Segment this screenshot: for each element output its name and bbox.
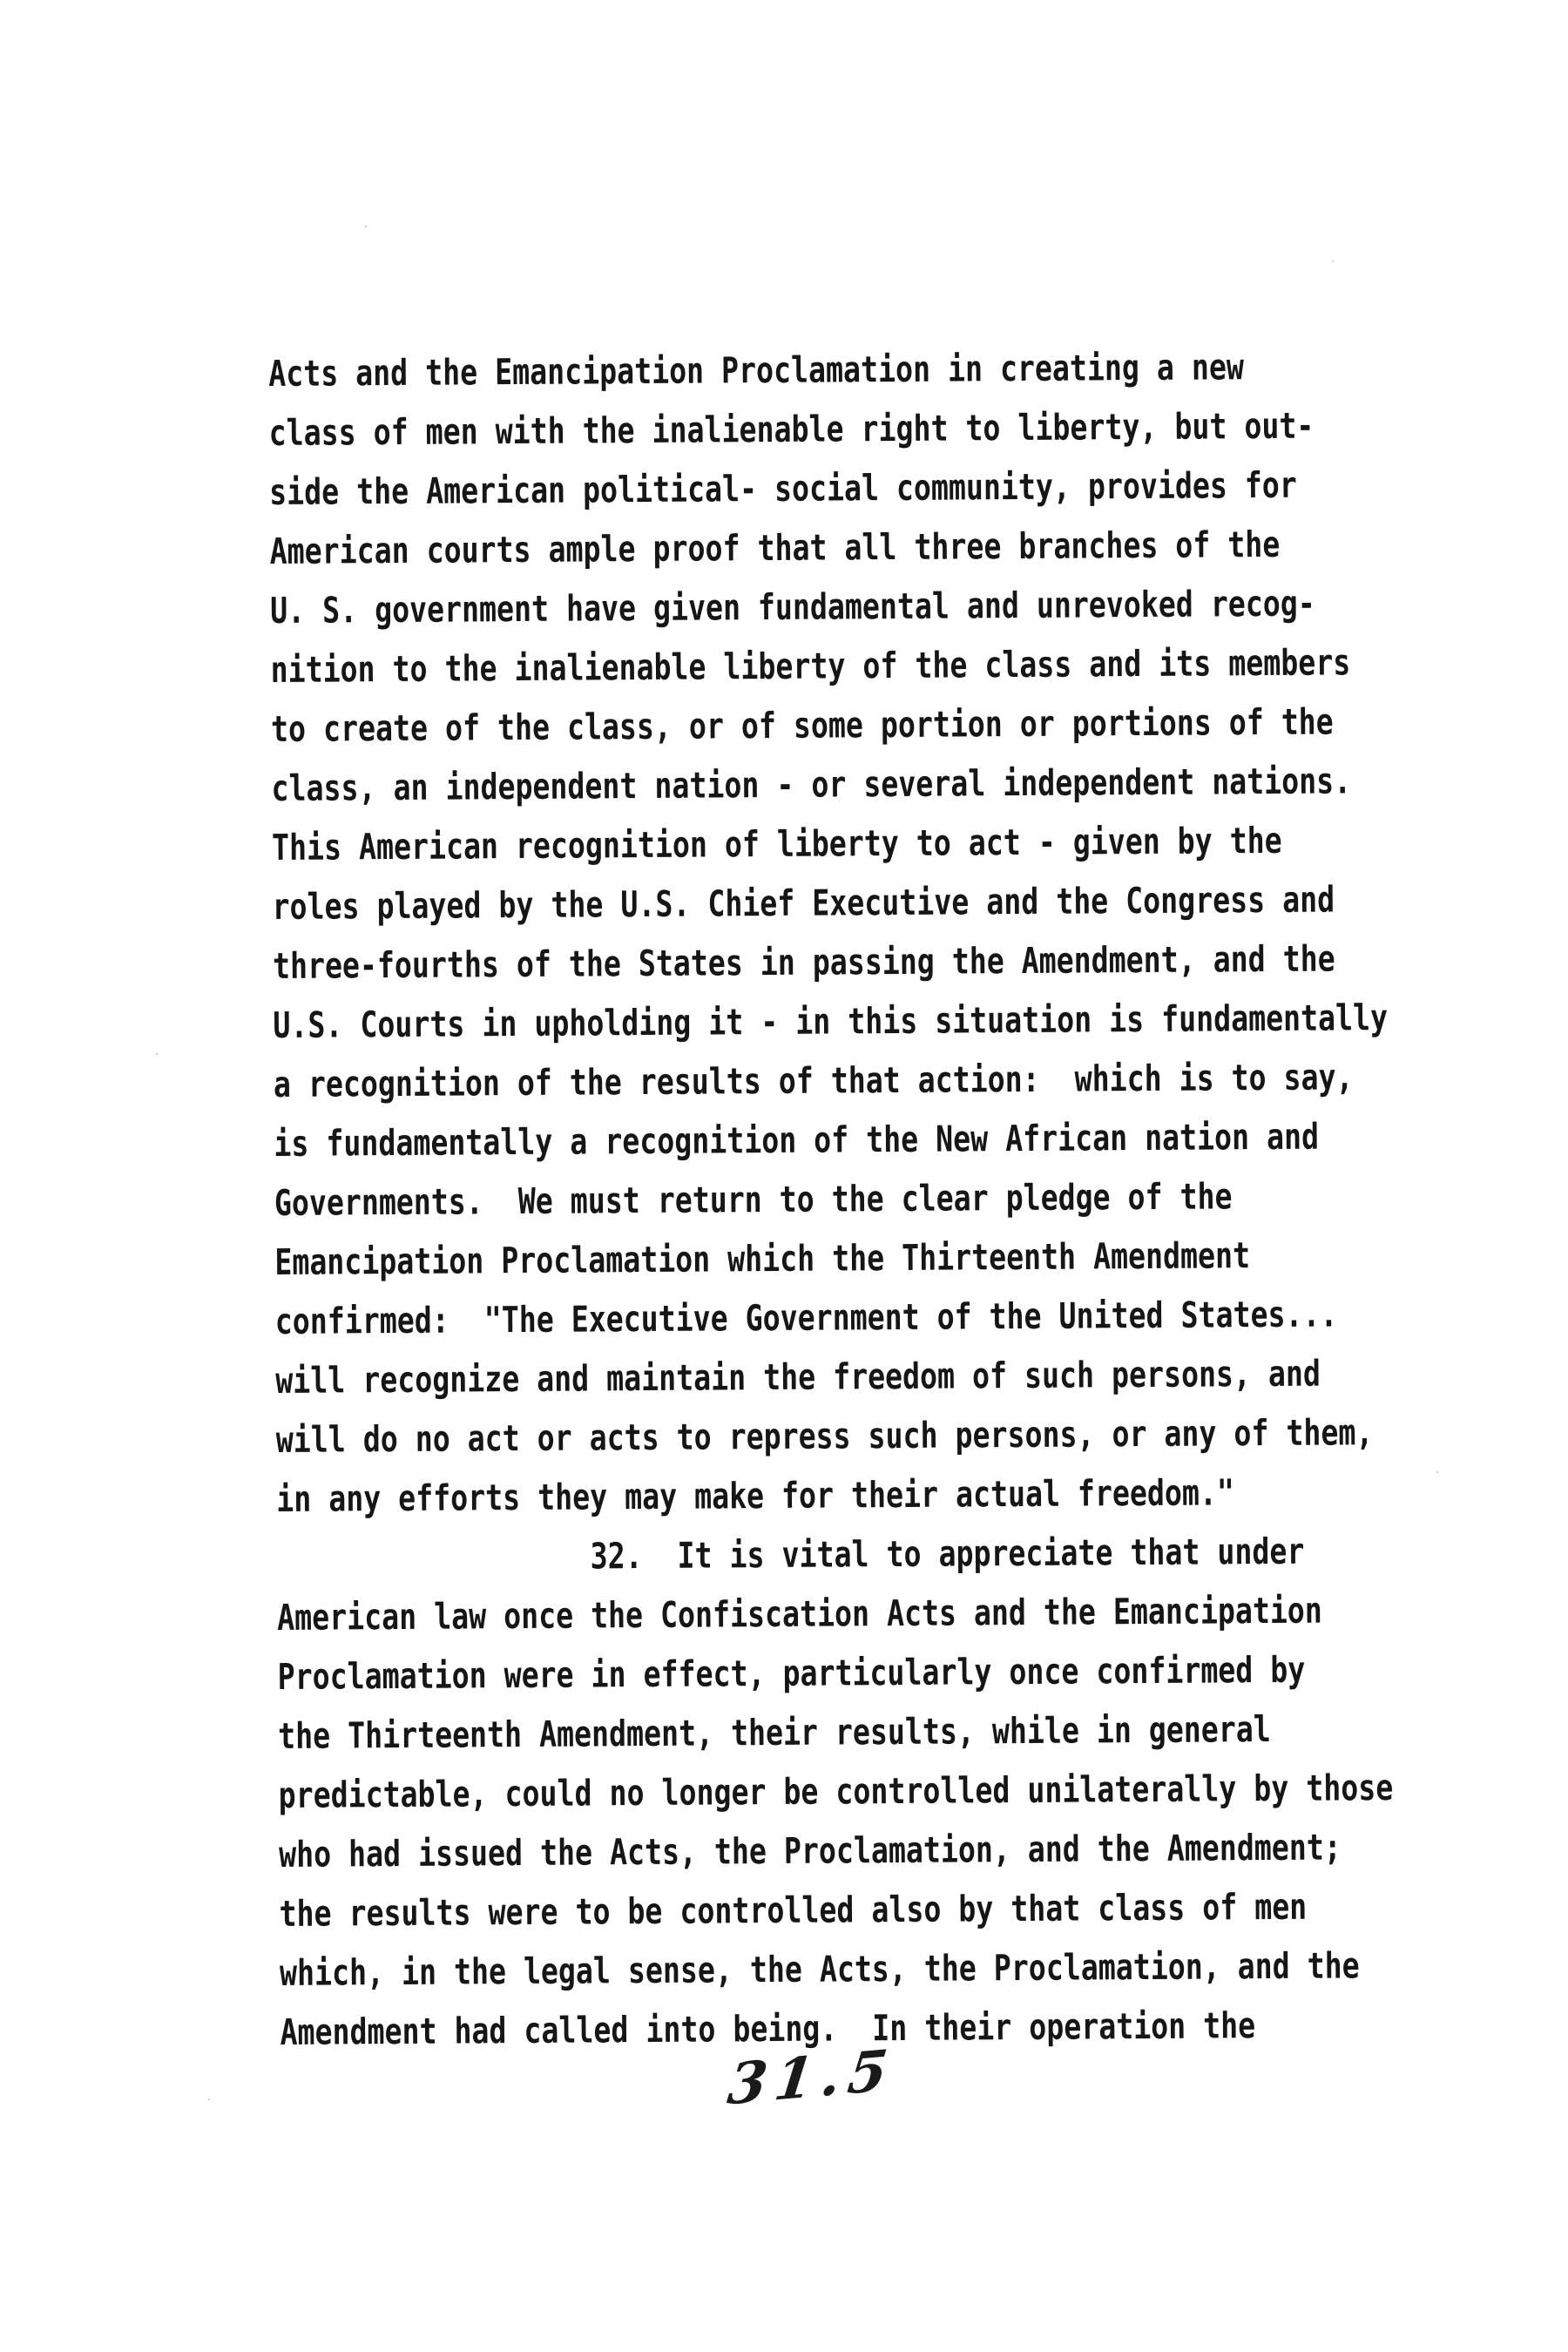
text-line: Emancipation Proclamation which the Thir…: [274, 1225, 1389, 1292]
text-line: is fundamentally a recognition of the Ne…: [274, 1106, 1389, 1173]
text-line: American courts ample proof that all thr…: [269, 514, 1384, 581]
typewritten-text-block: Acts and the Emancipation Proclamation i…: [268, 335, 1568, 2062]
text-line: Acts and the Emancipation Proclamation i…: [268, 336, 1383, 403]
text-line: 32. It is vital to appreciate that under: [276, 1521, 1391, 1588]
text-line: roles played by the U.S. Chief Executive…: [272, 869, 1387, 936]
text-line: This American recognition of liberty to …: [272, 810, 1387, 877]
text-line: the results were to be controlled also b…: [279, 1876, 1394, 1943]
text-line: who had issued the Acts, the Proclamatio…: [279, 1817, 1394, 1884]
text-line: will recognize and maintain the freedom …: [275, 1343, 1390, 1410]
text-line: predictable, could no longer be controll…: [278, 1758, 1393, 1825]
text-line: the Thirteenth Amendment, their results,…: [278, 1699, 1393, 1766]
text-line: in any efforts they may make for their a…: [276, 1462, 1391, 1529]
text-line: a recognition of the results of that act…: [274, 1047, 1389, 1114]
text-line: class, an independent nation - or severa…: [271, 751, 1386, 818]
text-line: to create of the class, or of some porti…: [271, 692, 1386, 759]
text-line: side the American political- social comm…: [269, 455, 1384, 522]
text-line: Proclamation were in effect, particularl…: [277, 1639, 1392, 1707]
text-line: U.S. Courts in upholding it - in this si…: [273, 988, 1388, 1055]
text-line: class of men with the inalienable right …: [268, 395, 1383, 463]
text-line: nition to the inalienable liberty of the…: [270, 632, 1385, 700]
text-line: U. S. government have given fundamental …: [270, 573, 1385, 640]
text-line: which, in the legal sense, the Acts, the…: [280, 1936, 1395, 2003]
text-line: confirmed: "The Executive Government of …: [275, 1284, 1390, 1351]
text-line: American law once the Confiscation Acts …: [277, 1580, 1392, 1647]
handwritten-page-number: 31.5: [724, 2038, 898, 2119]
text-line: three-fourths of the States in passing t…: [273, 929, 1388, 996]
text-line: Governments. We must return to the clear…: [274, 1166, 1389, 1233]
document-page: Acts and the Emancipation Proclamation i…: [0, 0, 1568, 2352]
text-line: will do no act or acts to repress such p…: [276, 1402, 1391, 1470]
